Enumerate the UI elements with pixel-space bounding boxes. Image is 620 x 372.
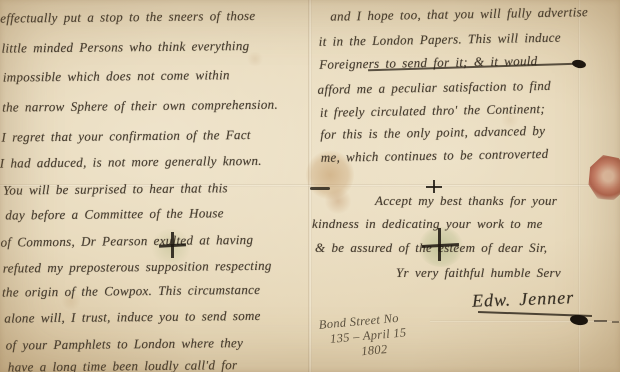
- handwriting-line: alone will, I trust, induce you to send …: [4, 307, 261, 328]
- signature: Edw. Jenner: [472, 288, 575, 310]
- handwriting-line: it in the London Papers. This will induc…: [319, 29, 561, 51]
- handwriting-line: for this is the only point, advanced by: [320, 122, 545, 144]
- handwriting-line: little minded Persons who think everythi…: [1, 37, 249, 58]
- handwriting-line: it freely circulated thro' the Continent…: [320, 100, 545, 122]
- handwriting-line: effectually put a stop to the sneers of …: [0, 7, 255, 28]
- handwriting-line: Accept my best thanks for your: [375, 192, 557, 210]
- address-dateline: Bond Street No 135 – April 15 1802: [318, 310, 408, 362]
- handwriting-line: afford me a peculiar satisfaction to fin…: [317, 77, 551, 99]
- handwriting-line: & be assured of the esteem of dear Sir,: [315, 239, 547, 257]
- handwriting-line: You will be surprised to hear that this: [3, 179, 228, 199]
- letter-photograph: effectually put a stop to the sneers of …: [0, 0, 620, 372]
- handwriting-line: day before a Committee of the House: [5, 204, 224, 224]
- handwriting-line: Foreigners to send for it; & it would: [319, 52, 538, 74]
- handwriting-line: the narrow Sphere of their own comprehen…: [2, 96, 278, 117]
- valediction: Yr very faithful humble Serv: [396, 264, 561, 282]
- handwriting-line: I regret that your confirmation of the F…: [1, 126, 251, 147]
- handwriting-line: impossible which does not come within: [3, 66, 230, 86]
- handwriting-line: the origin of the Cowpox. This circumsta…: [2, 281, 260, 302]
- right-page: and I hope too, that you will fully adve…: [312, 0, 620, 372]
- handwriting-line: kindness in dedicating your work to me: [312, 215, 543, 233]
- left-page: effectually put a stop to the sneers of …: [0, 0, 310, 372]
- handwriting-line: I had adduced, is not more generally kno…: [0, 152, 262, 173]
- handwriting-line: refuted my preposterous supposition resp…: [3, 257, 272, 278]
- handwriting-line: me, which continues to be controverted: [321, 145, 549, 167]
- handwriting-line: and I hope too, that you will fully adve…: [330, 3, 588, 25]
- address-line: 1802: [361, 340, 409, 359]
- handwriting-line: of your Pamphlets to London where they: [6, 334, 244, 354]
- handwriting-line: of Commons, Dr Pearson exulted at having: [0, 231, 253, 252]
- handwriting-line: have a long time been loudly call'd for: [8, 356, 238, 372]
